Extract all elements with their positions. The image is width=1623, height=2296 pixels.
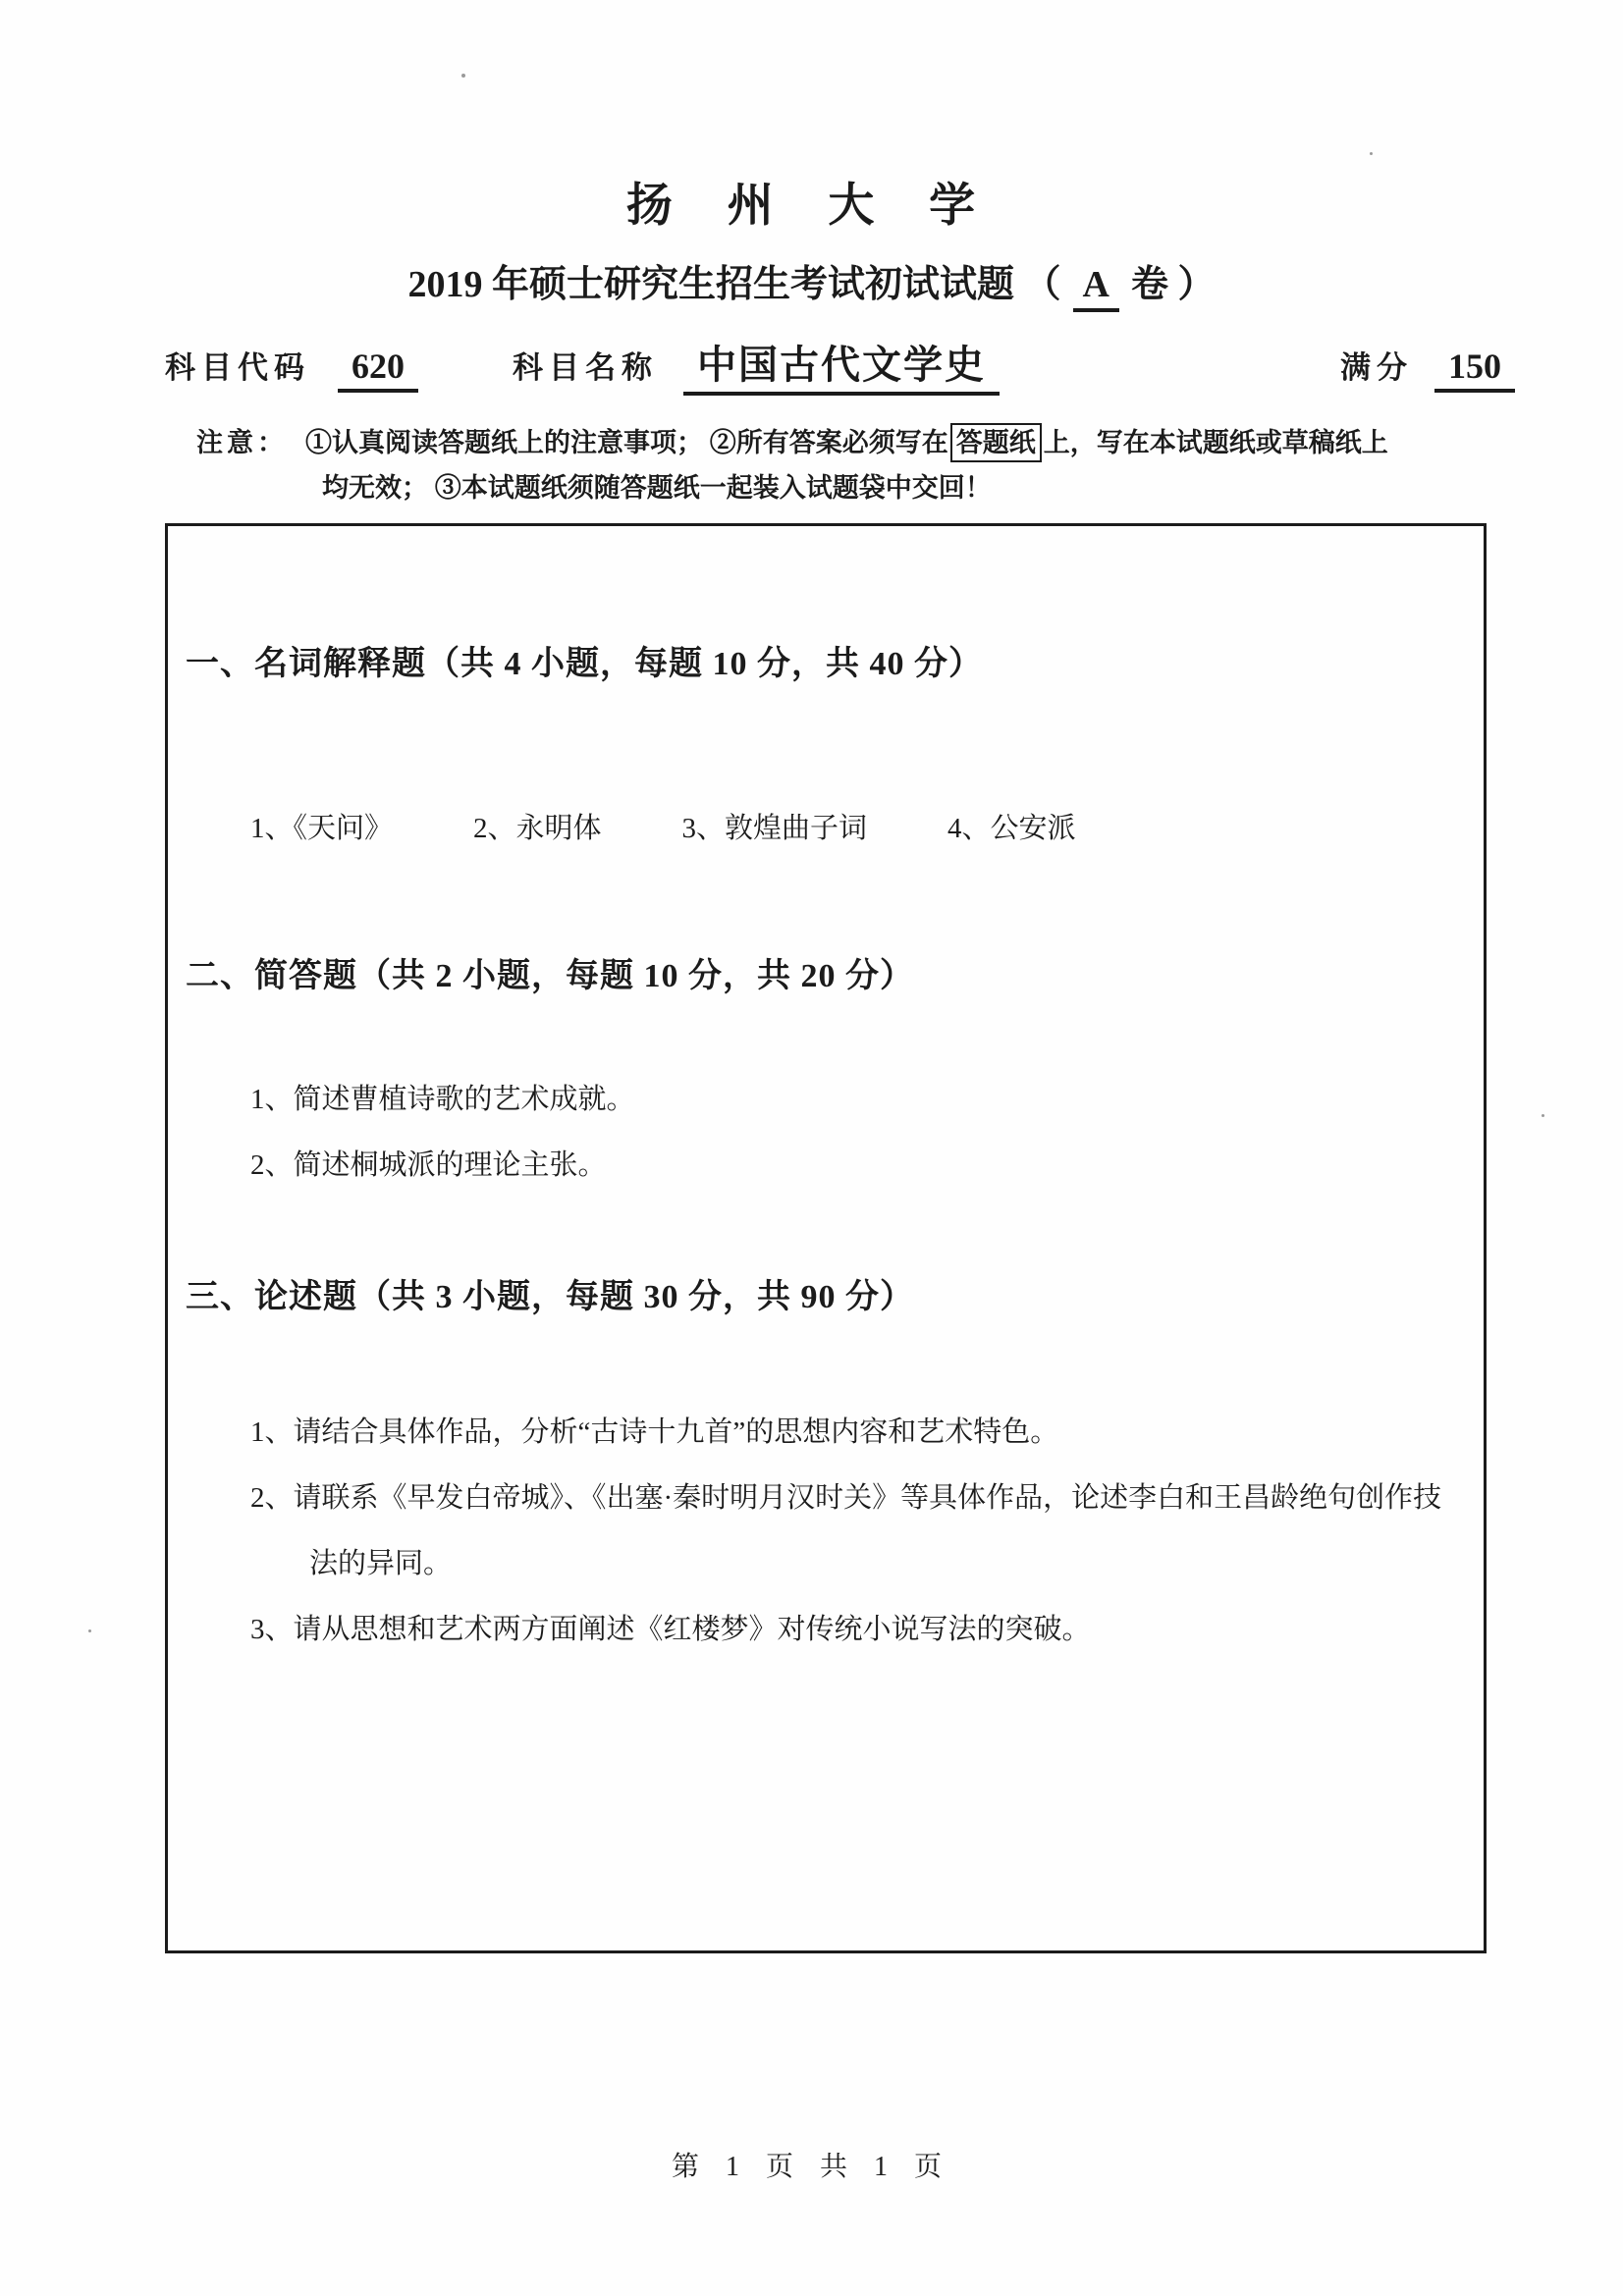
questions-box: 一、名词解释题（共 4 小题，每题 10 分，共 40 分） 1、《天问》 2、… <box>165 523 1487 1953</box>
term-item-3: 3、敦煌曲子词 <box>682 806 868 846</box>
subtitle-prefix: 2019 年硕士研究生招生考试初试试题 （ <box>408 264 1061 305</box>
answer-sheet-boxed-term: 答题纸 <box>950 423 1042 462</box>
subject-code-label: 科目代码 <box>165 343 310 387</box>
term-item-4: 4、公安派 <box>947 806 1076 846</box>
term-item-2: 2、永明体 <box>473 806 602 846</box>
notice-line1-part2: 上，写在本试题纸或草稿纸上 <box>1044 428 1388 457</box>
scan-speck <box>461 74 465 78</box>
scan-speck <box>88 1629 91 1632</box>
scan-speck <box>1542 1114 1544 1117</box>
section-3-items: 1、请结合具体作品，分析“古诗十九首”的思想内容和艺术特色。 2、请联系《早发白… <box>250 1400 1444 1663</box>
exam-paper-page: 扬 州 大 学 2019 年硕士研究生招生考试初试试题 （A卷 ） 科目代码 6… <box>0 0 1623 2296</box>
full-score-label: 满分 <box>1340 343 1413 387</box>
scan-speck <box>1370 152 1373 155</box>
short-answer-item-1: 1、简述曹植诗歌的艺术成就。 <box>250 1067 1484 1133</box>
notice-line-2: 均无效； ③本试题纸须随答题纸一起装入试题袋中交回！ <box>322 465 1495 510</box>
section-2-items: 1、简述曹植诗歌的艺术成就。 2、简述桐城派的理论主张。 <box>250 1067 1484 1199</box>
section-1-items: 1、《天问》 2、永明体 3、敦煌曲子词 4、公安派 <box>250 806 1484 846</box>
essay-item-1: 1、请结合具体作品，分析“古诗十九首”的思想内容和艺术特色。 <box>250 1400 1444 1466</box>
page-number-footer: 第 1 页 共 1 页 <box>0 2145 1623 2184</box>
notice-line1-part1: ①认真阅读答题纸上的注意事项； ②所有答案必须写在 <box>305 428 948 457</box>
section-1-heading: 一、名词解释题（共 4 小题，每题 10 分，共 40 分） <box>186 636 1484 684</box>
university-title: 扬 州 大 学 <box>0 169 1623 235</box>
term-item-1: 1、《天问》 <box>250 806 393 846</box>
exam-version: A <box>1073 263 1119 312</box>
notice-block: 注意： ①认真阅读答题纸上的注意事项； ②所有答案必须写在答题纸上，写在本试题纸… <box>196 420 1495 510</box>
subject-meta-row: 科目代码 620 科目名称 中国古代文学史 满分 150 <box>165 334 1515 396</box>
essay-item-3: 3、请从思想和艺术两方面阐述《红楼梦》对传统小说写法的突破。 <box>250 1597 1444 1663</box>
essay-item-2: 2、请联系《早发白帝城》、《出塞·秦时明月汉时关》等具体作品，论述李白和王昌龄绝… <box>250 1466 1444 1597</box>
subject-name-value: 中国古代文学史 <box>683 334 1000 396</box>
paper-subtitle: 2019 年硕士研究生招生考试初试试题 （A卷 ） <box>0 253 1623 312</box>
section-3-heading: 三、论述题（共 3 小题，每题 30 分，共 90 分） <box>186 1269 1484 1317</box>
notice-label: 注意： <box>196 420 288 465</box>
subtitle-suffix: 卷 ） <box>1131 264 1216 305</box>
subject-name-label: 科目名称 <box>513 343 658 387</box>
notice-line-1: 注意： ①认真阅读答题纸上的注意事项； ②所有答案必须写在答题纸上，写在本试题纸… <box>196 420 1495 465</box>
full-score-value: 150 <box>1434 346 1515 393</box>
section-2-heading: 二、简答题（共 2 小题，每题 10 分，共 20 分） <box>186 948 1484 996</box>
short-answer-item-2: 2、简述桐城派的理论主张。 <box>250 1133 1484 1199</box>
notice-line1-text: ①认真阅读答题纸上的注意事项； ②所有答案必须写在答题纸上，写在本试题纸或草稿纸… <box>305 420 1388 465</box>
subject-code-value: 620 <box>338 346 418 393</box>
